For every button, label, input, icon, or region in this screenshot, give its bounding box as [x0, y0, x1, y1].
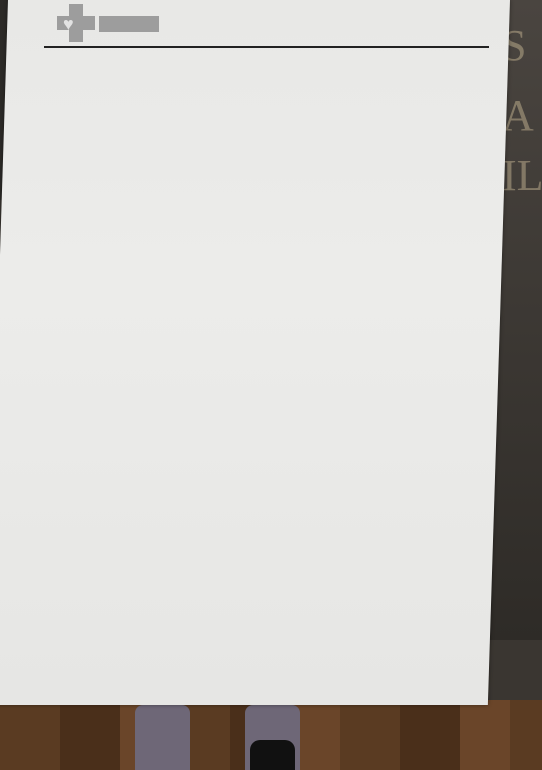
shoe-right: [245, 705, 300, 770]
clinic-logo: ♥: [55, 4, 160, 42]
heart-icon: ♥: [63, 14, 74, 35]
logo-name: [99, 16, 159, 32]
header-divider: [44, 46, 489, 48]
patient-name-row: [33, 76, 36, 86]
document: ♥: [0, 0, 542, 700]
shoe-left: [135, 705, 190, 770]
